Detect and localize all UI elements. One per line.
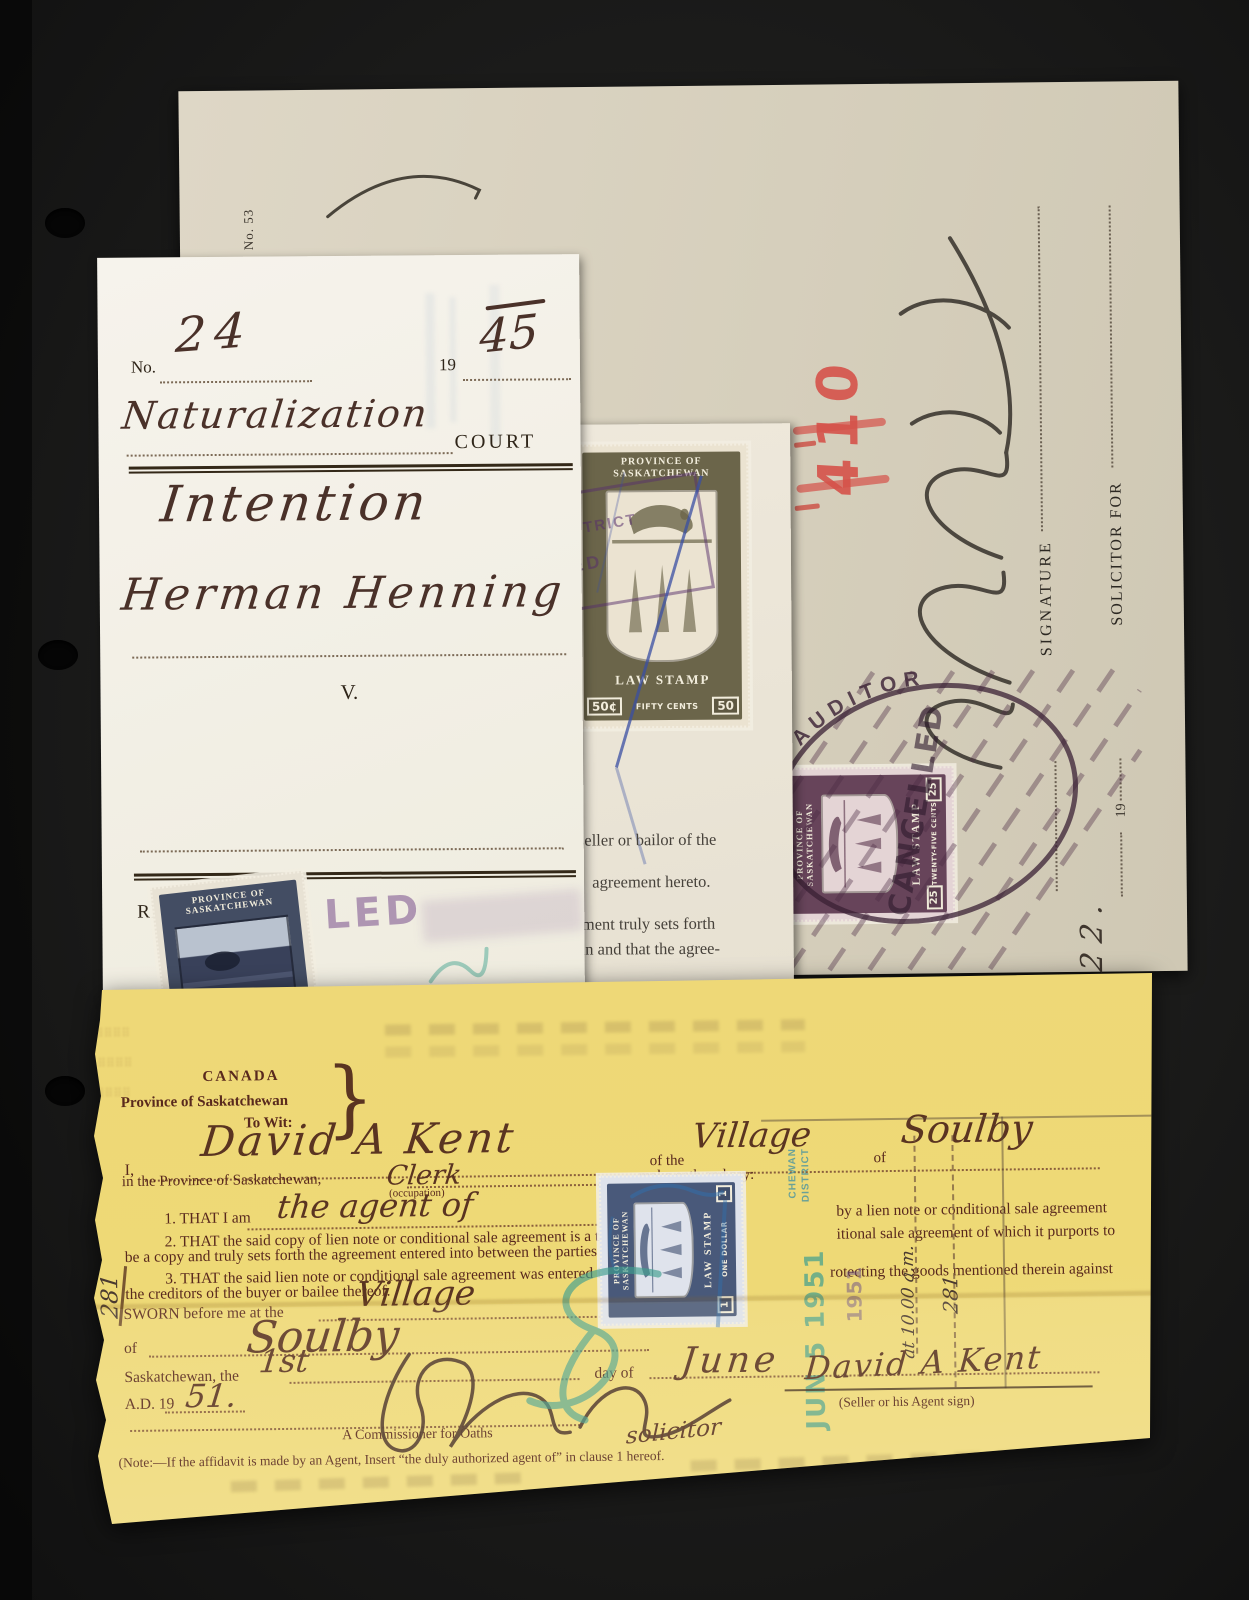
case-type-handwriting: Naturalization bbox=[120, 391, 431, 437]
district-stamp-line1: CHEWAN bbox=[787, 1148, 799, 1199]
clause3-right-fragment: rotecting the goods mentioned therein ag… bbox=[830, 1260, 1113, 1282]
day-handwriting: 1st bbox=[257, 1342, 311, 1381]
show-through-row bbox=[385, 1019, 805, 1035]
no-dotted-line bbox=[160, 380, 312, 383]
album-binding-edge bbox=[0, 0, 32, 1600]
year-dotted-line bbox=[463, 378, 571, 381]
dotted-line bbox=[140, 847, 564, 852]
solicitor-for-line bbox=[1109, 206, 1114, 468]
subtype-handwriting: Intention bbox=[158, 473, 433, 533]
show-through-row bbox=[231, 1472, 531, 1492]
form-text-fragment: seller or bailor of the bbox=[578, 830, 717, 851]
no-label: No. bbox=[131, 357, 156, 377]
oval-cancel-arc-text: AUDITOR bbox=[787, 666, 928, 750]
sworn-place-type-handwriting: Village bbox=[354, 1273, 477, 1315]
versus-label: V. bbox=[340, 680, 358, 705]
clause1-text: 1. THAT I am bbox=[164, 1209, 251, 1228]
affidavit-paper: ⠿⠿⠿⠿ ⠿⠿⠿⠿ ⠿⠿⠿⠿ CANADA Province of Saskat… bbox=[88, 968, 1160, 1548]
cancelled-fragment: LED bbox=[323, 887, 424, 939]
year-handwriting: 45 bbox=[479, 304, 538, 364]
form-text-fragment: in and that the agree- bbox=[581, 939, 720, 960]
dotted-line bbox=[132, 653, 566, 658]
binder-hole bbox=[45, 1076, 85, 1106]
form-text-fragment: agreement hereto. bbox=[592, 872, 710, 893]
sworn-of-label: of bbox=[124, 1340, 137, 1358]
province-heading: Province of Saskatchewan bbox=[121, 1093, 288, 1112]
form-number-vertical: No. 53 bbox=[241, 209, 257, 251]
blue-pen-cancel-line bbox=[566, 432, 739, 883]
year-prefix: 19 bbox=[439, 355, 456, 375]
district-stamp-line2: DISTRICT bbox=[800, 1148, 812, 1202]
album-page-photo: No. 53 410 SIGNATURE SOLICITOR FOR bbox=[0, 0, 1249, 1600]
clause2-right-fragment: itional sale agreement of which it purpo… bbox=[837, 1222, 1116, 1244]
affidavit-content: ⠿⠿⠿⠿ ⠿⠿⠿⠿ ⠿⠿⠿⠿ CANADA Province of Saskat… bbox=[84, 955, 1164, 1549]
show-through-row bbox=[385, 1041, 805, 1057]
clause1-right-fragment: by a lien note or conditional sale agree… bbox=[836, 1199, 1107, 1221]
form-text-fragment: ement truly sets forth bbox=[574, 914, 715, 935]
signature-label: SIGNATURE bbox=[1037, 540, 1056, 656]
seller-signature-handwriting: David A Kent bbox=[804, 1338, 1044, 1387]
svg-text:AUDITOR: AUDITOR bbox=[787, 666, 928, 750]
seller-sign-label: (Seller or his Agent sign) bbox=[839, 1393, 975, 1411]
signature-line bbox=[1038, 206, 1043, 531]
country-heading: CANADA bbox=[202, 1068, 279, 1086]
time-handwriting: at 10.00 a.m. bbox=[898, 1244, 920, 1360]
sale-agreement-document: PROVINCE OF SASKATCHEWAN LAW STAMP 50¢ F… bbox=[558, 423, 794, 991]
deponent-name-handwriting: David A Kent bbox=[199, 1113, 519, 1166]
clause1-handwriting: the agent of bbox=[275, 1185, 475, 1226]
affidavit-document: ⠿⠿⠿⠿ ⠿⠿⠿⠿ ⠿⠿⠿⠿ CANADA Province of Saskat… bbox=[88, 968, 1160, 1548]
of-label: of bbox=[874, 1150, 887, 1167]
party-name-handwriting: Herman Henning bbox=[119, 566, 568, 621]
handwritten-arc-stroke bbox=[319, 150, 490, 227]
binder-hole bbox=[45, 208, 85, 238]
case-number-handwriting: 24 bbox=[174, 302, 254, 364]
place-name-handwriting: Soulby bbox=[899, 1106, 1035, 1152]
teal-scribble-cancel bbox=[498, 1249, 690, 1436]
show-through-text: ⠿⠿⠿⠿ bbox=[97, 1056, 132, 1071]
binder-hole bbox=[38, 640, 78, 670]
oval-cancel-word: CANCELLED bbox=[882, 701, 952, 918]
show-through-text: ⠿⠿⠿⠿ bbox=[95, 1026, 130, 1041]
solicitor-for-label: SOLICITOR FOR bbox=[1108, 481, 1128, 626]
datestamp: JUN 5 1951 bbox=[800, 1248, 832, 1429]
court-label: COURT bbox=[454, 430, 536, 454]
court-cover-document: No. 24 19 45 Naturalization COURT Intent… bbox=[97, 254, 585, 998]
dotted-line bbox=[127, 452, 453, 457]
ad-year-handwriting: 51. bbox=[184, 1377, 239, 1416]
